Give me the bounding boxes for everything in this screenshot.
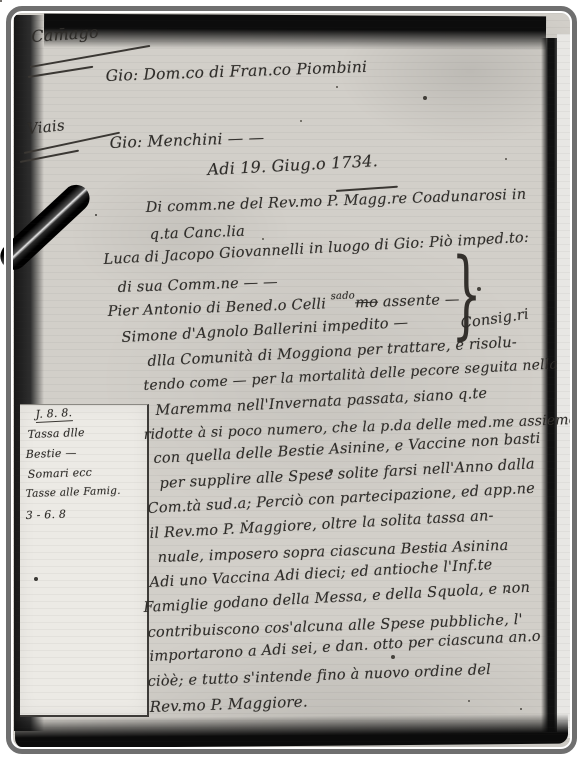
margin-note-line: 3 - 6. 8	[26, 508, 67, 522]
page-top-shadow-edge	[44, 14, 546, 51]
page-right-shadow-edge	[541, 38, 557, 732]
commission-line: q.ta Canc.lia	[149, 224, 245, 243]
line-segment: assente —	[378, 292, 460, 311]
margin-note-line: Tassa dlle	[28, 426, 85, 441]
inserted-word: sado	[330, 290, 355, 302]
page-bottom-shadow-edge	[15, 714, 568, 749]
margin-note-line: Bestie —	[26, 446, 77, 461]
adjacent-page-strip	[557, 34, 571, 738]
struck-word: mo	[355, 295, 378, 312]
margin-note-line: Somari ecc	[28, 466, 93, 481]
dust-specks	[0, 0, 2, 2]
margin-note-line: J. 8. 8.	[35, 406, 72, 423]
manuscript-scan: J. 8. 8. Tassa dlle Bestie — Somari ecc …	[0, 0, 583, 760]
